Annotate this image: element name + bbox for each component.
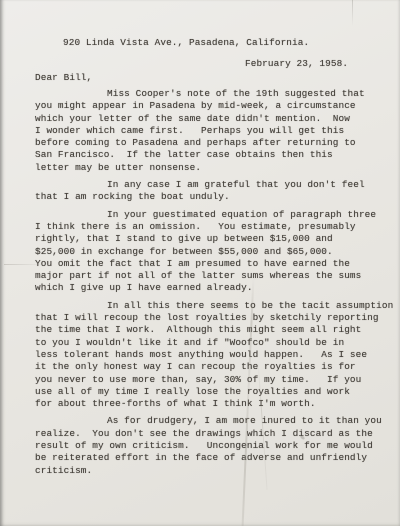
letter-line: which your letter of the same date didn'…: [35, 113, 380, 125]
paragraph: In your guestimated equation of paragrap…: [35, 209, 380, 295]
letter-line: I think there is an omission. You estima…: [35, 221, 380, 233]
letter-line: use all of my time I really lose the roy…: [35, 386, 380, 398]
letter-line: be reiterated effort in the face of adve…: [35, 452, 380, 464]
letter-body: Miss Cooper's note of the 19th suggested…: [35, 88, 380, 482]
letter-line: realize. You don't see the drawings whic…: [35, 428, 380, 440]
letter-page: 920 Linda Vista Ave., Pasadena, Californ…: [0, 0, 400, 526]
letter-line: letter may be utter nonsense.: [35, 162, 380, 174]
letter-line: You omit the fact that I am presumed to …: [35, 258, 380, 270]
letter-line: that I will recoup the lost royalties by…: [35, 312, 380, 324]
letter-line: it the only honest way I can recoup the …: [35, 361, 380, 373]
letter-line: major part if not all of the latter sums…: [35, 270, 380, 282]
letter-line: Miss Cooper's note of the 19th suggested…: [35, 88, 380, 100]
sender-address: 920 Linda Vista Ave., Pasadena, Californ…: [63, 37, 309, 48]
letter-date: February 23, 1958.: [245, 58, 348, 69]
letter-line: As for drudgery, I am more inured to it …: [35, 415, 380, 427]
letter-line: to you I wouldn't like it and if "Woofco…: [35, 337, 380, 349]
salutation: Dear Bill,: [35, 72, 92, 83]
letter-line: which I give up I have earned already.: [35, 282, 380, 294]
letter-line: San Francisco. If the latter case obtain…: [35, 149, 380, 161]
letter-line: rightly, that I stand to give up between…: [35, 233, 380, 245]
paragraph: Miss Cooper's note of the 19th suggested…: [35, 88, 380, 174]
letter-line: before coming to Pasadena and perhaps af…: [35, 137, 380, 149]
paragraph: As for drudgery, I am more inured to it …: [35, 415, 380, 476]
letter-line: that I am rocking the boat unduly.: [35, 191, 380, 203]
letter-line: In your guestimated equation of paragrap…: [35, 209, 380, 221]
letter-line: I wonder which came first. Perhaps you w…: [35, 125, 380, 137]
letter-line: $25,000 in exchange for between $55,000 …: [35, 246, 380, 258]
letter-line: criticism.: [35, 465, 380, 477]
letter-line: you might appear in Pasadena by mid-week…: [35, 100, 380, 112]
letter-line: result of my own criticism. Uncongenial …: [35, 440, 380, 452]
letter-line: In any case I am grateful that you don't…: [35, 179, 380, 191]
letter-line: for about three-forths of what I think I…: [35, 398, 380, 410]
letter-line: In all this there seems to be the tacit …: [35, 300, 380, 312]
letter-line: less tolerant hands most anything would …: [35, 349, 380, 361]
letter-line: you never to use more than, say, 30% of …: [35, 374, 380, 386]
letter-line: the time that I work. Although this migh…: [35, 324, 380, 336]
paragraph: In all this there seems to be the tacit …: [35, 300, 380, 411]
paper-crease-top-right: [352, 0, 353, 26]
paragraph: In any case I am grateful that you don't…: [35, 179, 380, 204]
